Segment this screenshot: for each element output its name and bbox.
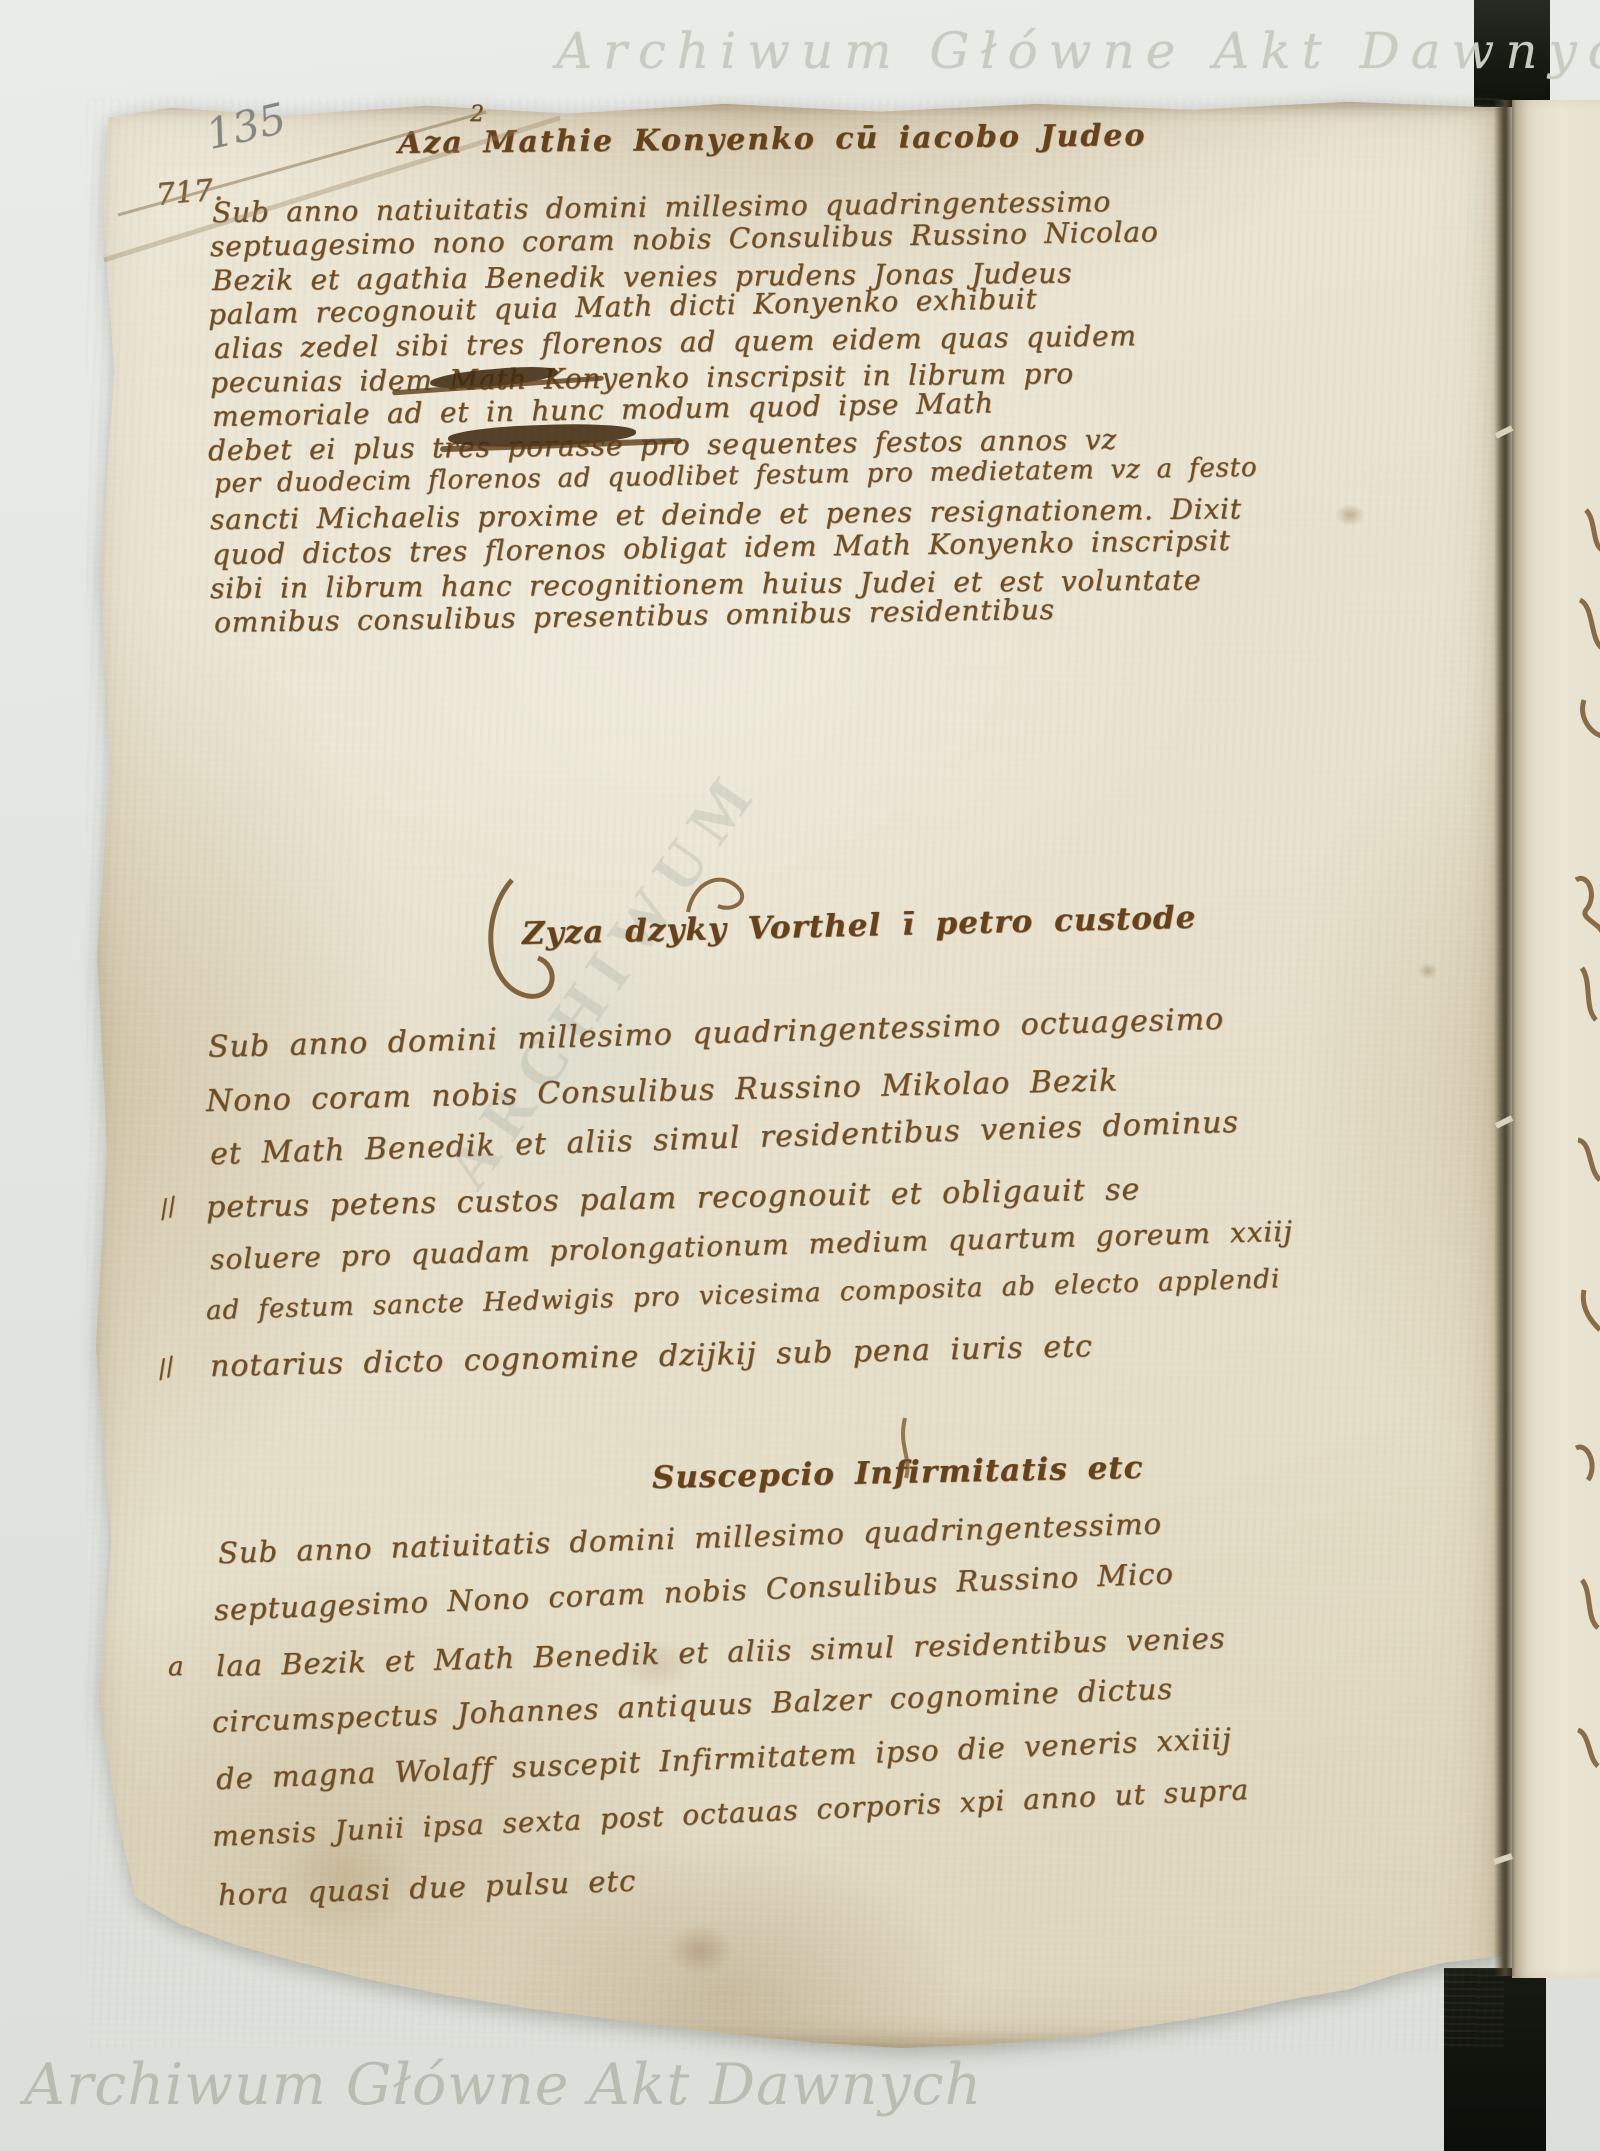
- watermark-bottom: Archiwum Główne Akt Dawnych: [24, 2052, 982, 2118]
- margin-mark: a: [168, 1652, 184, 1682]
- watermark-top: Archiwum Główne Akt Dawnych: [556, 22, 1600, 80]
- facing-page-sliver: [1512, 100, 1600, 1978]
- archive-scan-photo: { "archive_watermark": { "text_top": "Ar…: [0, 0, 1600, 2151]
- heading-superscript: 2: [470, 102, 484, 127]
- binding-gutter: [1494, 100, 1516, 1976]
